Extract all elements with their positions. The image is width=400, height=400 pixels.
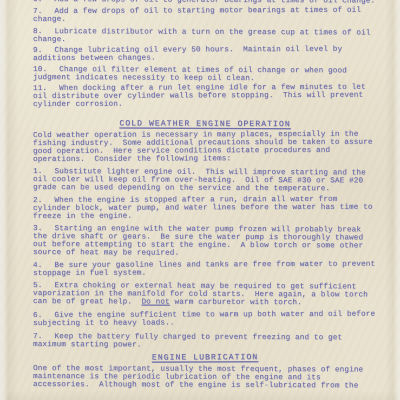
- item-text: warm carburetor with torch.: [170, 299, 302, 308]
- list-item-6-partial: 6.Add a few drops of oil to generator be…: [33, 0, 377, 6]
- cold-item-5: 5.Extra choking or external heat may be …: [33, 282, 377, 308]
- item-text: Add a few drops of oil to starting motor…: [33, 7, 366, 24]
- cold-item-7: 7.Keep the battery fully charged to prev…: [33, 333, 377, 351]
- item-number: 7.: [33, 8, 42, 16]
- item-number: 10.: [33, 66, 47, 74]
- engine-lubrication-intro: One of the most important, usually the m…: [33, 365, 377, 391]
- item-text: Change oil filter element at times of oi…: [33, 66, 352, 83]
- item-number: 11.: [33, 85, 47, 93]
- item-text: Give the engine sufficient time to warm …: [33, 310, 380, 327]
- document-text: 6.Add a few drops of oil to generator be…: [33, 0, 377, 394]
- scanned-document-page: 6.Add a few drops of oil to generator be…: [0, 0, 400, 400]
- item-text: Lubricate distributor with a turn on the…: [33, 29, 375, 45]
- item-number: 2.: [33, 197, 42, 205]
- cold-item-4: 4.Be sure your gasoline lines and tanks …: [33, 260, 377, 278]
- section-heading-engine-lubrication: ENGINE LUBRICATION: [33, 354, 377, 363]
- cold-item-3: 3.Starting an engine with the water pump…: [33, 225, 377, 259]
- item-number: 5.: [33, 282, 42, 290]
- list-item-7: 7.Add a few drops of oil to starting mot…: [33, 7, 377, 25]
- list-item-9: 9.Change lubricating oil every 50 hours.…: [33, 46, 377, 64]
- cold-item-6: 6.Give the engine sufficient time to war…: [33, 310, 377, 328]
- item-text: When the engine is stopped after a run, …: [33, 195, 377, 220]
- item-number: 7.: [33, 333, 42, 341]
- item-number: 3.: [33, 225, 42, 233]
- item-number: 1.: [33, 168, 42, 176]
- list-item-8: 8.Lubricate distributor with a turn on t…: [33, 28, 377, 46]
- section-heading-cold-weather: COLD WEATHER ENGINE OPERATION: [33, 120, 377, 130]
- item-text: Starting an engine with the water pump f…: [33, 225, 368, 258]
- item-text: Substitute lighter engine oil. This will…: [33, 168, 371, 194]
- item-text-underlined: Do not: [141, 299, 169, 307]
- list-item-11: 11.When docking after a run let engine i…: [33, 84, 377, 110]
- item-text: When docking after a run let engine idle…: [33, 84, 370, 110]
- item-number: 4.: [33, 262, 42, 270]
- cold-item-2: 2.When the engine is stopped after a run…: [33, 195, 377, 221]
- cold-weather-intro: Cold weather operation is necessary in m…: [33, 130, 377, 164]
- item-number: 6.: [33, 0, 42, 4]
- item-text: Add a few drops of oil to generator bear…: [54, 0, 375, 5]
- cold-item-1: 1.Substitute lighter engine oil. This wi…: [33, 168, 377, 194]
- item-number: 6.: [33, 311, 42, 319]
- item-text: Keep the battery fully charged to preven…: [33, 333, 347, 350]
- list-item-10: 10.Change oil filter element at times of…: [33, 66, 377, 84]
- item-text: Change lubricating oil every 50 hours. M…: [33, 46, 347, 63]
- item-text: Be sure your gasoline lines and tanks ar…: [33, 260, 380, 277]
